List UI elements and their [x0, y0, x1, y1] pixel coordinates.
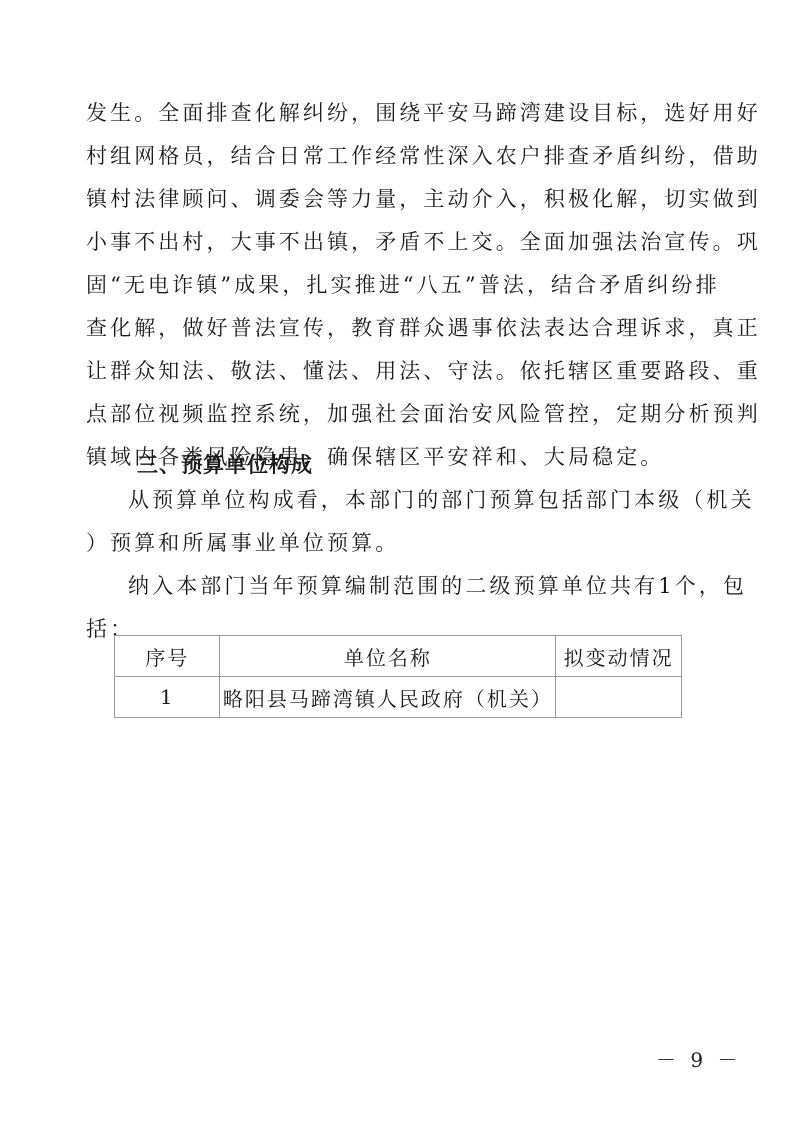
section-text-line: 从预算单位构成看，本部门的部门预算包括部门本级（机关: [128, 487, 755, 513]
cell-change-status: [556, 677, 682, 718]
body-text-line: 让群众知法、敬法、懂法、用法、守法。依托辖区重要路段、重: [86, 358, 761, 384]
body-text-line: 固“无电诈镇”成果，扎实推进“八五”普法，结合矛盾纠纷排: [86, 272, 720, 298]
body-text-line: 村组网格员，结合日常工作经常性深入农户排查矛盾纠纷，借助: [86, 143, 761, 169]
section-text-line: ）预算和所属事业单位预算。: [86, 530, 399, 556]
body-text-line: 小事不出村，大事不出镇，矛盾不上交。全面加强法治宣传。巩: [86, 229, 761, 255]
section-heading: 三、预算单位构成: [137, 452, 313, 478]
cell-unit-name: 略阳县马蹄湾镇人民政府（机关）: [220, 677, 556, 718]
table-header-row: 序号 单位名称 拟变动情况: [115, 636, 682, 677]
page-number: － 9 －: [656, 1044, 741, 1073]
body-text-line: 发生。全面排查化解纠纷，围绕平安马蹄湾建设目标，选好用好: [86, 100, 761, 126]
section-text-line: 纳入本部门当年预算编制范围的二级预算单位共有1个，包: [128, 573, 747, 599]
body-text-line: 点部位视频监控系统，加强社会面治安风险管控，定期分析预判: [86, 401, 761, 427]
body-text-line: 查化解，做好普法宣传，教育群众遇事依法表达合理诉求，真正: [86, 315, 761, 341]
cell-index: 1: [115, 677, 220, 718]
document-page: 发生。全面排查化解纠纷，围绕平安马蹄湾建设目标，选好用好 村组网格员，结合日常工…: [0, 0, 793, 1122]
body-text-line: 镇村法律顾问、调委会等力量，主动介入，积极化解，切实做到: [86, 186, 761, 212]
header-unit-name: 单位名称: [220, 636, 556, 677]
header-change-status: 拟变动情况: [556, 636, 682, 677]
header-index: 序号: [115, 636, 220, 677]
table-row: 1 略阳县马蹄湾镇人民政府（机关）: [115, 677, 682, 718]
budget-units-table: 序号 单位名称 拟变动情况 1 略阳县马蹄湾镇人民政府（机关）: [114, 635, 682, 718]
